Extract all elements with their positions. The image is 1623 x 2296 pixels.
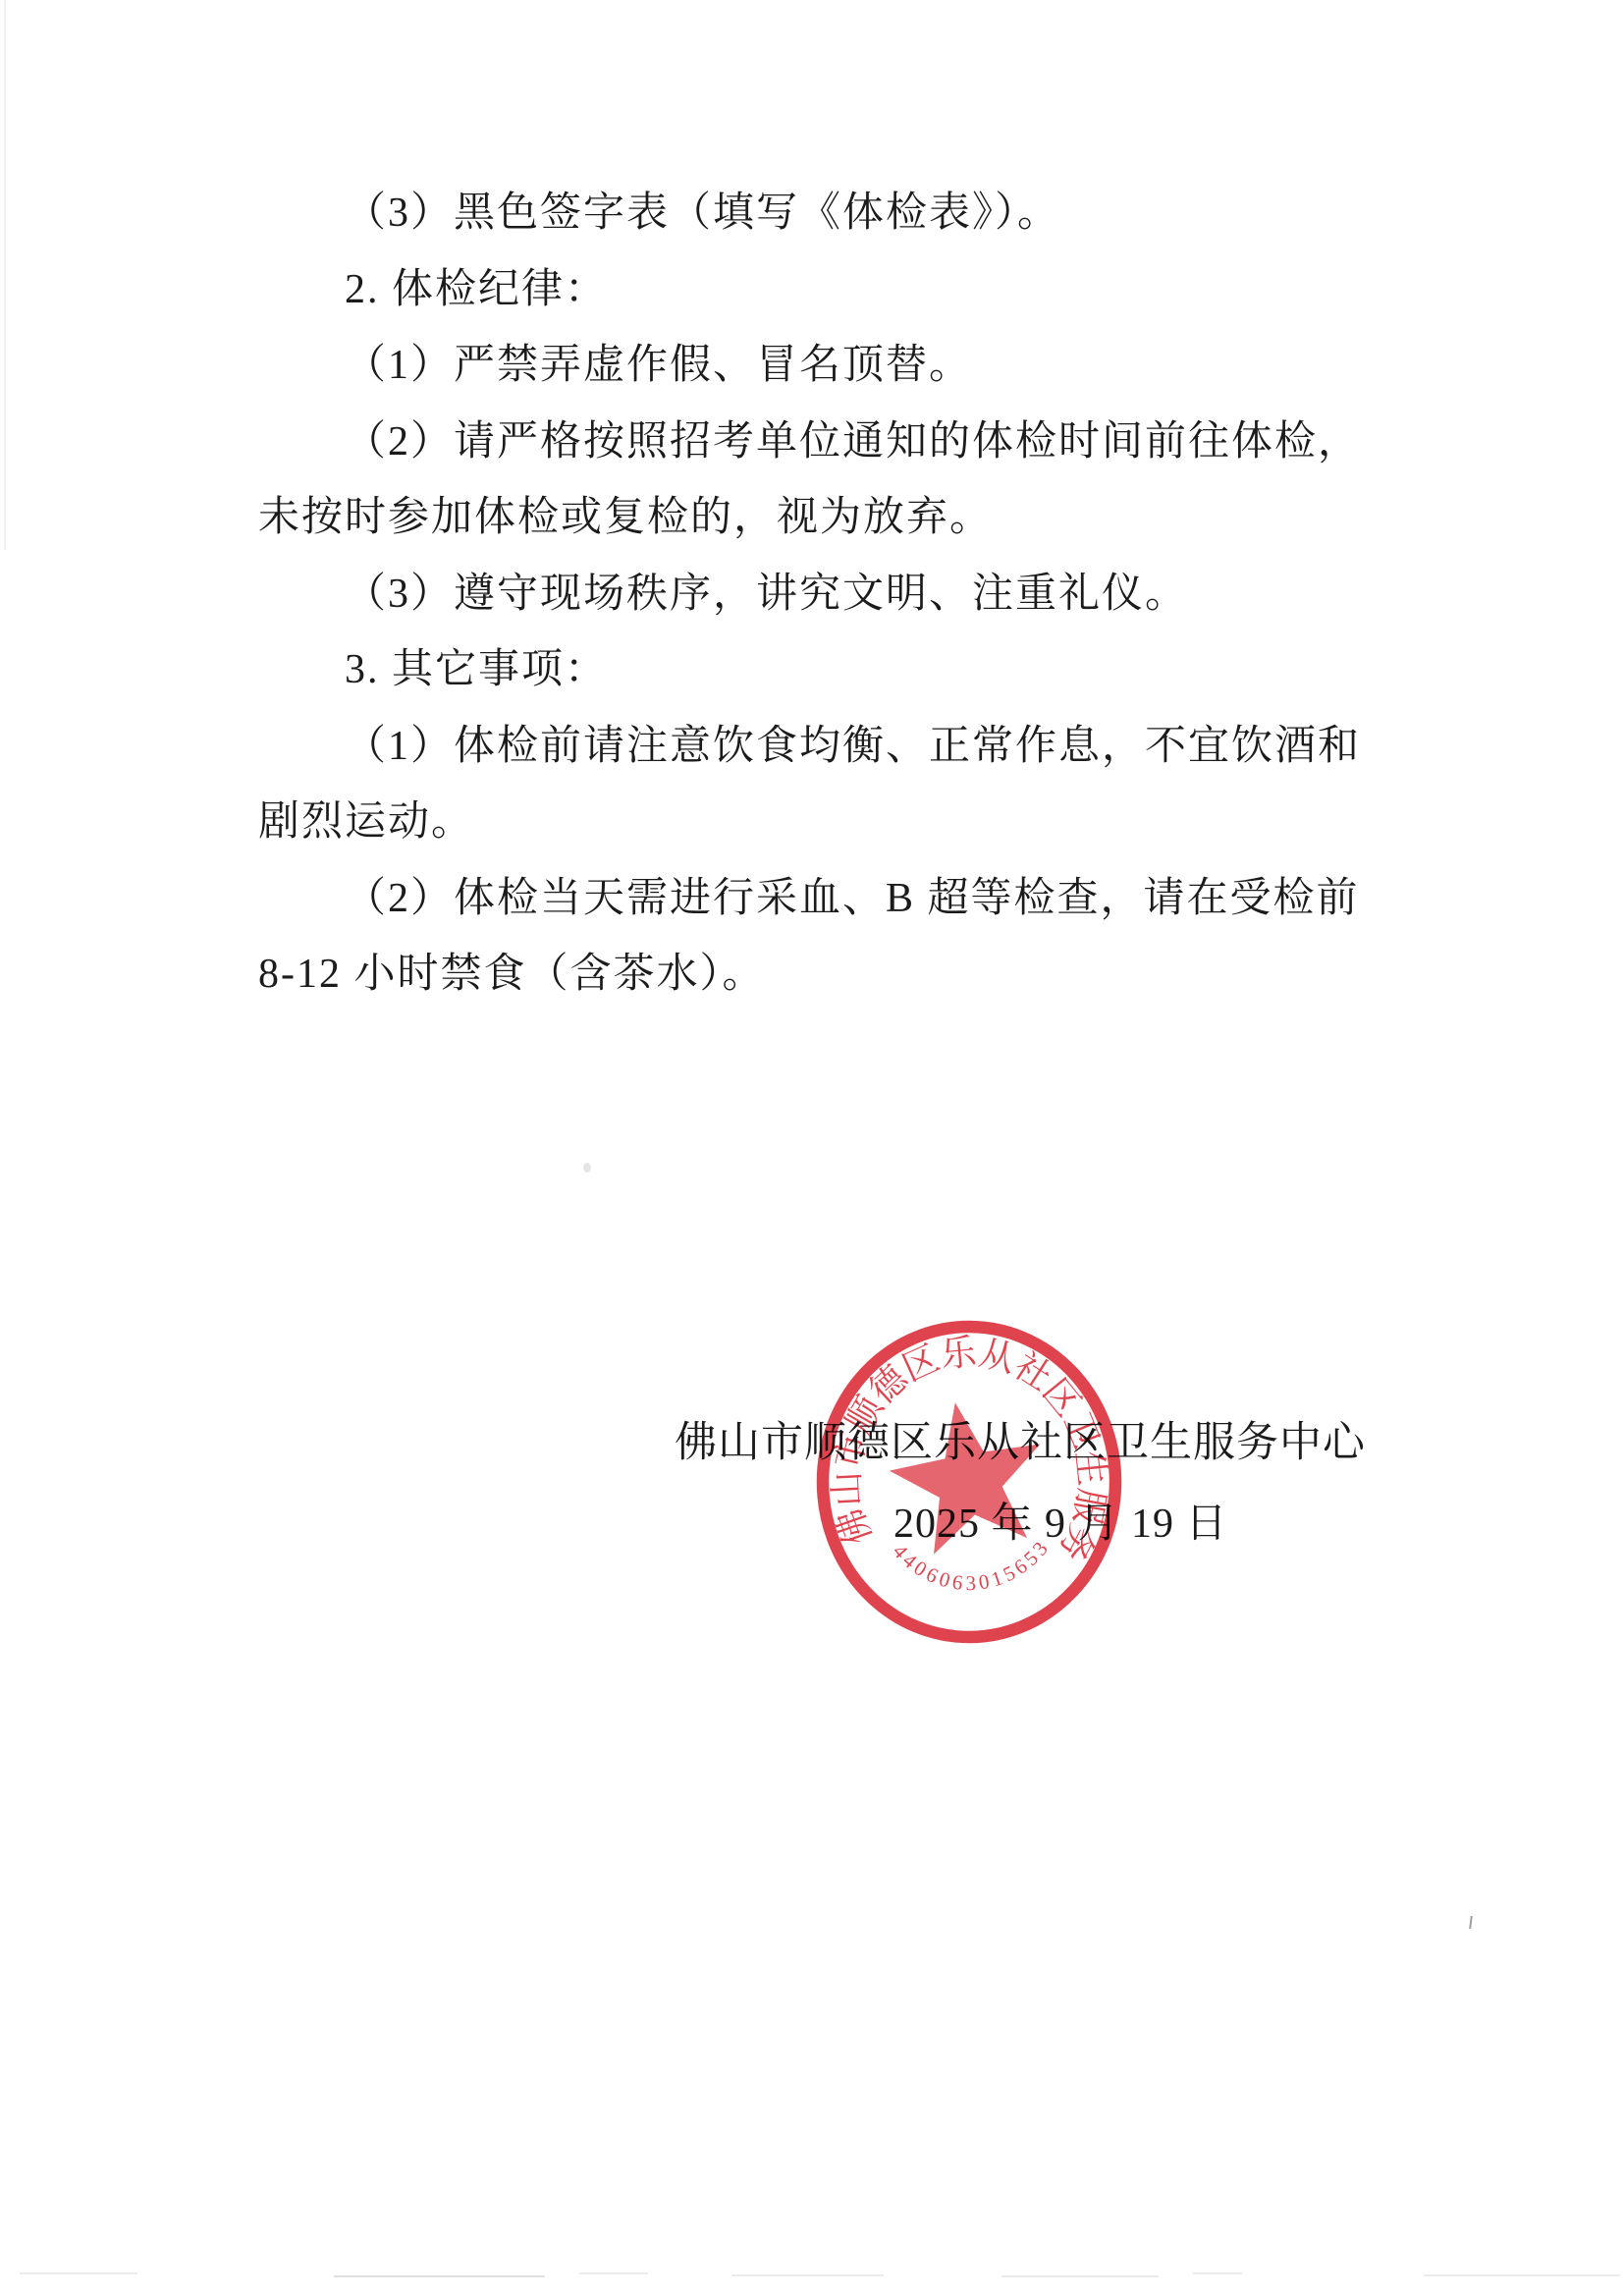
document-line: （3）黑色签字表（填写《体检表》）。 [258, 176, 1451, 252]
scanned-document-page: （3）黑色签字表（填写《体检表》）。 2. 体检纪律： （1）严禁弄虚作假、冒名… [0, 0, 1623, 2296]
document-line: 剧烈运动。 [258, 785, 1451, 861]
document-line: （2）请严格按照招考单位通知的体检时间前往体检， [258, 405, 1451, 481]
scan-artifact-bottom-dash [20, 2272, 137, 2274]
document-line: （1）体检前请注意饮食均衡、正常作息，不宜饮酒和 [258, 709, 1451, 786]
document-line: （2）体检当天需进行采血、B 超等检查，请在受检前 [258, 861, 1451, 938]
scan-artifact-bottom-dash [1001, 2275, 1159, 2277]
scan-artifact-bottom-dash [731, 2274, 884, 2276]
notice-body: （3）黑色签字表（填写《体检表》）。 2. 体检纪律： （1）严禁弄虚作假、冒名… [258, 176, 1451, 1013]
official-seal-stamp: 佛山市顺德区乐从社区卫生服务中心 4406063015653 [802, 1310, 1136, 1654]
scan-artifact-bottom-dash [334, 2275, 545, 2277]
scan-artifact-bottom-dash [579, 2272, 648, 2274]
star-icon [890, 1402, 1041, 1555]
document-line: 未按时参加体检或复检的，视为放弃。 [258, 480, 1451, 557]
scan-artifact-edge-line [4, 0, 6, 550]
scan-artifact-bottom-dash [1424, 2274, 1620, 2276]
scan-artifact-tick [1469, 1916, 1473, 1929]
document-line: 3. 其它事项： [258, 632, 1451, 709]
seal-serial-number: 4406063015653 [889, 1537, 1053, 1595]
document-line: 8-12 小时禁食（含茶水）。 [258, 937, 1451, 1013]
scan-artifact-speck [583, 1163, 591, 1173]
document-line: 2. 体检纪律： [258, 252, 1451, 329]
scan-artifact-bottom-dash [1193, 2272, 1242, 2274]
document-line: （3）遵守现场秩序，讲究文明、注重礼仪。 [258, 557, 1451, 633]
document-line: （1）严禁弄虚作假、冒名顶替。 [258, 328, 1451, 405]
